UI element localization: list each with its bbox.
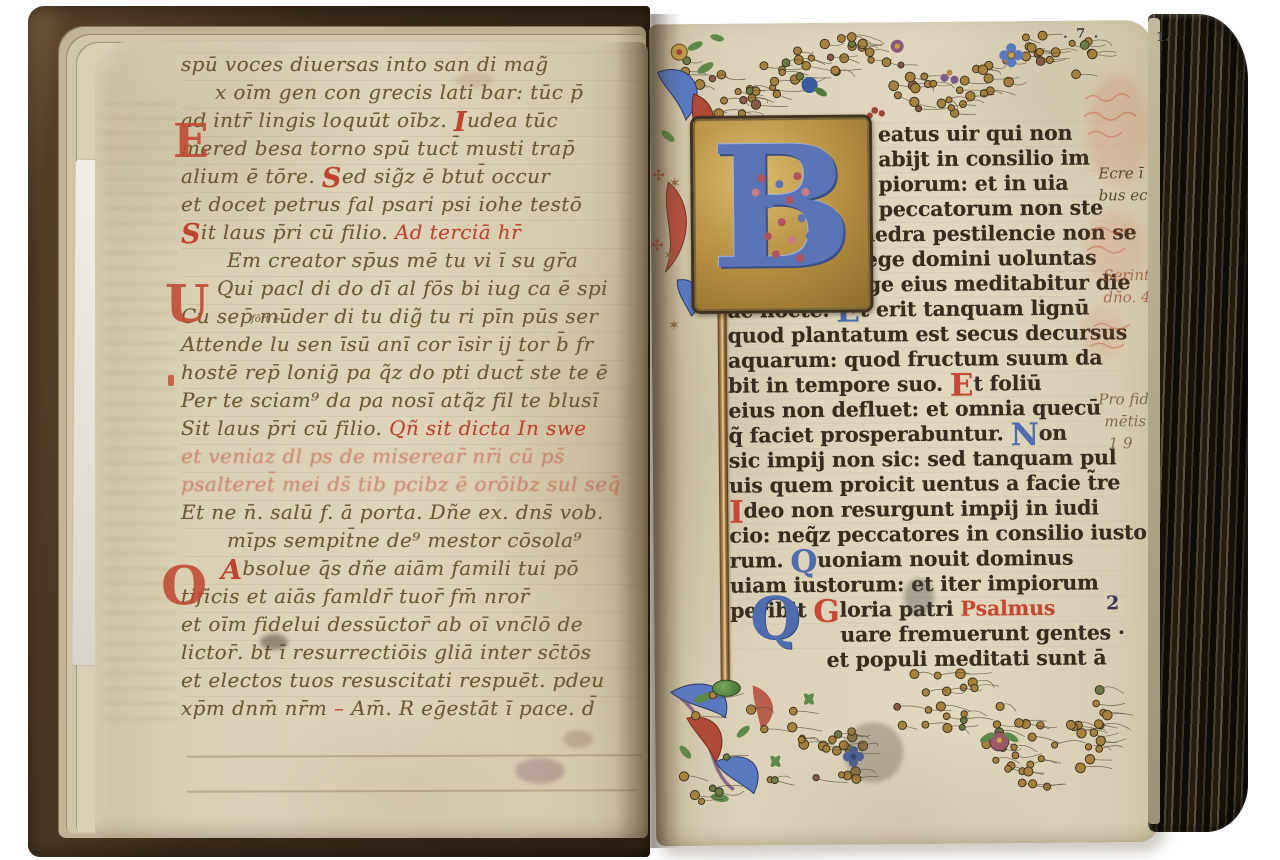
text-run: uoniam nouit dominus	[817, 546, 1073, 572]
text-run: rum.	[730, 548, 791, 573]
manuscript-line: rum. Quoniam nouit dominus	[730, 545, 1126, 573]
manuscript-photo: spū voces diuersas into san di mag̃x oīm…	[0, 0, 1280, 860]
red-offset-stain	[1081, 306, 1123, 358]
text-run: quod plantatum est secus decursus	[728, 320, 1128, 347]
text-run: S	[181, 219, 201, 250]
manuscript-line: eius non defluet: et omnia quecū	[728, 395, 1124, 423]
manuscript-line: mīps sempit̄ne de⁹ mestor cōsola⁹	[227, 528, 649, 556]
text-run: Per te sciam⁹ da pa nosī atq̃z fil te bl…	[181, 388, 599, 412]
text-run: udea tūc	[467, 108, 558, 132]
text-run: ad intr̄ lingis loquūt oībz.	[181, 108, 454, 132]
stain	[455, 72, 495, 88]
text-run: abijt in consilio im	[878, 146, 1090, 172]
blue-bud	[801, 77, 828, 99]
text-run: Qñ sit dicta In swe	[389, 416, 586, 440]
ruling-line	[187, 754, 642, 758]
left-page-text: spū voces diuersas into san di mag̃x oīm…	[181, 52, 649, 724]
red-sprig-icon: ✣	[651, 236, 664, 254]
green-sprig	[769, 754, 782, 768]
manuscript-line: Sit laus p̄ri cū filio. Qñ sit dicta In …	[181, 416, 649, 444]
manuscript-line: xp̄m dnm̄ nr̄m – Am̄. R eḡestāt ī pace. …	[181, 696, 649, 724]
text-run: x oīm gen con grecis lati bar: tūc p̄	[215, 80, 583, 104]
manuscript-line: Et ne n̄. salū f. ā porta. Dñe ex. dns̄ …	[181, 500, 649, 528]
purple-gold-cluster	[940, 70, 958, 84]
gold-sprig-icon: ✶	[668, 316, 681, 334]
red-sprig-icon: ✣	[652, 166, 665, 184]
text-run: Ad terciā hr̄	[395, 220, 521, 244]
ink-smudge	[260, 634, 288, 650]
manuscript-line: uis quem proicit uentus a facie t̃re	[729, 470, 1125, 498]
drop-cap-o: O	[161, 560, 207, 613]
text-run: et electos tuos resuscitati respuēt. pde…	[181, 668, 605, 692]
manuscript-line: Per te sciam⁹ da pa nosī atq̃z fil te bl…	[181, 388, 649, 416]
manuscript-line: mered besa torno spū tuct̄ musti trap̄	[181, 136, 649, 164]
stain	[515, 758, 565, 784]
text-run: on	[1039, 421, 1067, 445]
text-run: sic impij non sic: sed tanquam pul	[729, 445, 1117, 472]
manuscript-line: Sit laus p̄ri cū filio. Ad terciā hr̄	[181, 220, 649, 248]
text-run: hostē rep̄ loniḡ pa q̃z do pti duct̄ ste…	[181, 360, 608, 384]
manuscript-line: et veniaz dl ps de miserear̄ nr̄i cū ps̄	[181, 444, 649, 472]
manuscript-line: q̃ faciet prosperabuntur. Non	[729, 420, 1125, 448]
text-run: G	[813, 594, 840, 630]
text-run: Cu sep̄ mūder di tu dig̃ tu ri pīn pūs s…	[181, 304, 598, 328]
text-run: et docet petrus fal psari psi iohe testō	[181, 192, 582, 216]
text-run: Am̄. R eḡestāt ī pace. d̄	[344, 696, 595, 720]
drop-cap-e: E	[173, 118, 209, 165]
text-run: t foliū	[973, 371, 1041, 396]
folio-number: . 7 .	[1063, 26, 1100, 41]
manuscript-line: aquarum: quod fructum suum da	[728, 345, 1124, 373]
psalm-number-note: 2	[1106, 592, 1119, 614]
text-run: Em creator sp̄us mē tu vi ī su gr̄a	[227, 248, 578, 272]
manuscript-line: quod plantatum est secus decursus	[728, 320, 1124, 348]
red-margin-mark	[168, 375, 174, 386]
manuscript-line: alium ē tōre. Sed sig̃z ē btut̄ occur	[181, 164, 649, 192]
manuscript-line: bit in tempore suo. Et foliū	[728, 370, 1124, 398]
text-run: uis quem proicit uentus a facie t̃re	[729, 470, 1120, 497]
ink-smudge	[843, 722, 904, 783]
text-run: Attende lu sen īsū anī cor īsir ij tor b…	[181, 332, 594, 356]
manuscript-line: x oīm gen con grecis lati bar: tūc p̄	[215, 80, 649, 108]
marginal-note: 1 9	[1109, 434, 1133, 452]
green-sprig	[802, 692, 815, 706]
text-run: psalteret̄ mei ds̄ tib pcibz ē orōibz su…	[181, 472, 621, 496]
violet-flower	[891, 40, 904, 53]
ruling-line	[187, 789, 637, 793]
stain	[563, 730, 593, 748]
text-run: loria patri	[839, 597, 960, 622]
fore-edge-first-leaf	[1148, 18, 1160, 824]
manuscript-line: psalteret̄ mei ds̄ tib pcibz ē orōibz su…	[181, 472, 649, 500]
text-run: Et ne n̄. salū f. ā porta. Dñe ex. dns̄ …	[181, 500, 604, 524]
text-run: t erit tanquam lignū	[860, 296, 1090, 322]
text-run: Psalmus	[960, 596, 1055, 621]
text-run: et oīm fidelui dessūctor̄ ab oī vnc̄lō d…	[181, 612, 583, 636]
text-run: lictor̄. bt ī resurrectiōis gliā inter s…	[181, 640, 591, 664]
gold-sprig-icon: ✶	[663, 246, 676, 264]
manuscript-line: Em creator sp̄us mē tu vi ī su gr̄a	[227, 248, 649, 276]
text-run: tificis et aiās famldr̄ tuor̄ fm̄ nror̄	[181, 584, 530, 608]
manuscript-line: spū voces diuersas into san di mag̃	[181, 52, 649, 80]
manuscript-line: uare fremuerunt gentes ·	[840, 620, 1126, 647]
right-page: B ✣ ✶ ✣ ✶ ✶ eatus uir qui nonabijt in co…	[649, 20, 1159, 846]
drop-cap-u: U	[165, 280, 209, 331]
initial-letter: B	[693, 117, 871, 297]
text-run: eius non defluet: et omnia quecū	[728, 395, 1101, 422]
text-run: –	[334, 696, 344, 720]
text-run: aquarum: quod fructum suum da	[728, 345, 1103, 372]
manuscript-line: Ideo non resurgunt impij in iudi	[729, 495, 1125, 523]
fore-edge-pages	[1148, 14, 1248, 832]
text-run: mīps sempit̄ne de⁹ mestor cōsola⁹	[227, 528, 582, 552]
text-run: bsolue q̄s dñe aiām famili tui pō	[242, 556, 579, 580]
manuscript-line: tificis et aiās famldr̄ tuor̄ fm̄ nror̄	[181, 584, 649, 612]
manuscript-line: lictor̄. bt ī resurrectiōis gliā inter s…	[181, 640, 649, 668]
left-page: spū voces diuersas into san di mag̃x oīm…	[95, 42, 648, 838]
ink-smudge	[904, 578, 934, 616]
text-run: mered besa torno spū tuct̄ musti trap̄	[181, 136, 575, 160]
manuscript-line: Qui pacl di do dī al fōs bi iug ca ē spi	[217, 276, 649, 304]
bleedthrough-text	[103, 102, 177, 722]
text-run: piorum: et in uia	[878, 171, 1068, 197]
text-run: S	[322, 163, 342, 194]
text-run: ed sig̃z ē btut̄ occur	[342, 164, 551, 188]
interlinear-gloss: fōrt +	[251, 314, 281, 325]
text-run: Qui pacl di do dī al fōs bi iug ca ē spi	[217, 276, 608, 300]
illuminated-initial-b: B	[690, 114, 874, 314]
text-run: q̃ faciet prosperabuntur.	[729, 421, 1011, 447]
gold-sprig-icon: ✶	[668, 174, 681, 192]
manuscript-line: et oīm fidelui dessūctor̄ ab oī vnc̄lō d…	[181, 612, 649, 640]
text-run: deo non resurgunt impij in iudi	[743, 495, 1098, 522]
text-run: bit in tempore suo.	[728, 372, 950, 398]
text-run: it laus p̄ri cū filio.	[201, 220, 395, 244]
text-run: I	[454, 107, 467, 138]
manuscript-line: Absolue q̄s dñe aiām famili tui pō	[221, 556, 649, 584]
manuscript-line: et electos tuos resuscitati respuēt. pde…	[181, 668, 649, 696]
manuscript-line: et docet petrus fal psari psi iohe testō	[181, 192, 649, 220]
manuscript-line: cio: neq̃z peccatores in consilio iusto	[729, 520, 1125, 548]
fore-edge-folio-mark: 1.	[1156, 30, 1170, 45]
manuscript-line: sic impij non sic: sed tanquam pul	[729, 445, 1125, 473]
blue-flower	[999, 43, 1023, 67]
text-run: spū voces diuersas into san di mag̃	[181, 52, 549, 76]
manuscript-line: hostē rep̄ loniḡ pa q̃z do pti duct̄ ste…	[181, 360, 649, 388]
manuscript-line: ad intr̄ lingis loquūt oībz. Iudea tūc	[181, 108, 649, 136]
text-run: Sit laus p̄ri cū filio.	[181, 416, 389, 440]
initial-flower-dots	[757, 174, 765, 182]
text-run: et veniaz dl ps de miserear̄ nr̄i cū ps̄	[181, 444, 565, 468]
text-run: xp̄m dnm̄ nr̄m	[181, 696, 334, 720]
drop-cap-q: Q	[750, 589, 801, 647]
manuscript-line: Attende lu sen īsū anī cor īsir ij tor b…	[181, 332, 649, 360]
text-run: A	[221, 555, 242, 586]
text-run: uare fremuerunt gentes ·	[840, 620, 1125, 646]
marginal-note: mētis	[1104, 412, 1146, 430]
text-run: eatus uir qui non	[878, 121, 1072, 147]
text-run: peccatorum non ste	[879, 195, 1104, 221]
